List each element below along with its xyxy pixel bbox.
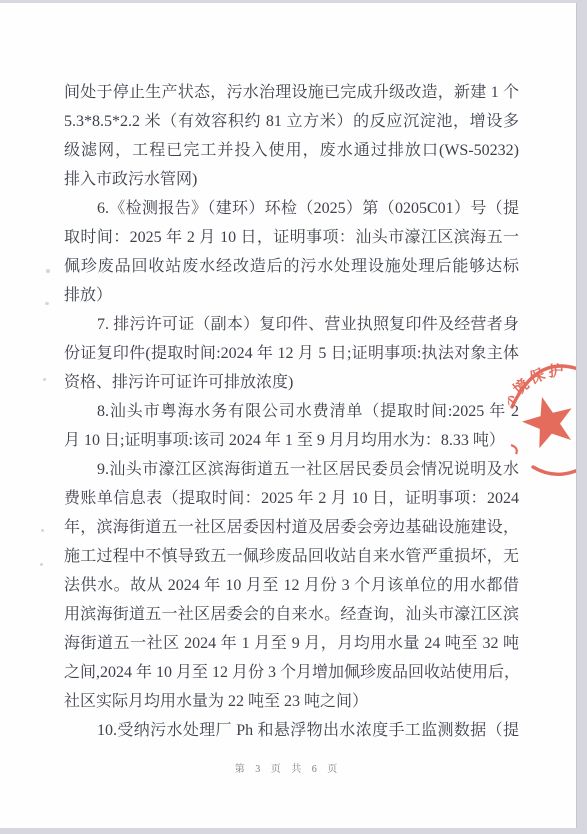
document-line: 级滤网，工程已完工并投入使用，废水通过排放口(WS-50232) [64,136,519,165]
document-line: 8.汕头市粤海水务有限公司水费清单（提取时间:2025 年 2 [64,397,519,426]
document-line: 海街道五一社区 2024 年 1 月至 9 月，月均用水量 24 吨至 32 吨 [64,629,519,658]
scan-artifact [46,269,50,273]
document-line: 7. 排污许可证（副本）复印件、营业执照复印件及经营者身 [64,310,519,339]
seal-ink-mark [511,445,517,454]
document-line: 5.3*8.5*2.2 米（有效容积约 81 立方米）的反应沉淀池，增设多 [64,107,519,136]
document-line: 资格、排污许可证许可排放浓度) [64,368,519,397]
scan-artifact [43,378,46,381]
document-line: 施工过程中不慎导致五一佩珍废品回收站自来水管严重损坏，无 [64,542,519,571]
document-line: 取时间：2025 年 2 月 10 日，证明事项：汕头市濠江区滨海五一 [64,223,519,252]
document-line: 费账单信息表（提取时间：2025 年 2 月 10 日，证明事项：2024 [64,484,519,513]
document-line: 排入市政污水管网) [64,165,519,194]
document-body: 间处于停止生产状态，污水治理设施已完成升级改造，新建 1 个5.3*8.5*2.… [64,78,519,745]
document-line: 排放） [64,281,519,310]
document-line: 用滨海街道五一社区居委会的自来水。经查询，汕头市濠江区滨 [64,600,519,629]
seal-arc-text: 环境保护 [508,361,567,412]
document-line: 份证复印件(提取时间:2024 年 12 月 5 日;证明事项:执法对象主体 [64,339,519,368]
document-line: 间处于停止生产状态，污水治理设施已完成升级改造，新建 1 个 [64,78,519,107]
scan-artifact [41,529,44,532]
official-seal-stamp: 环境保护 [508,353,577,481]
document-line: 6.《检测报告》（建环）环检（2025）第（0205C01）号（提 [64,194,519,223]
document-line: 月 10 日;证明事项:该司 2024 年 1 至 9 月月均用水为：8.33 … [64,426,519,455]
page-number-footer: 第 3 页 共 6 页 [0,760,576,775]
document-line: 佩珍废品回收站废水经改造后的污水处理设施处理后能够达标 [64,252,519,281]
scan-artifact [40,563,43,566]
star-icon [522,397,572,448]
document-line: 社区实际月均用水量为 22 吨至 23 吨之间） [64,687,519,716]
document-line: 年，滨海街道五一社区居委因村道及居委会旁边基础设施建设， [64,513,519,542]
document-line: 之间,2024 年 10 月至 12 月份 3 个月增加佩珍废品回收站使用后， [64,658,519,687]
document-line: 10.受纳污水处理厂 Ph 和悬浮物出水浓度手工监测数据（提 [64,716,519,745]
document-line: 9.汕头市濠江区滨海街道五一社区居民委员会情况说明及水 [64,455,519,484]
scan-artifact [45,302,49,305]
seal-bottom-arc [533,467,577,474]
scanned-document-page: 间处于停止生产状态，污水治理设施已完成升级改造，新建 1 个5.3*8.5*2.… [0,3,577,828]
document-line: 法供水。故从 2024 年 10 月至 12 月份 3 个月该单位的用水都借 [64,571,519,600]
